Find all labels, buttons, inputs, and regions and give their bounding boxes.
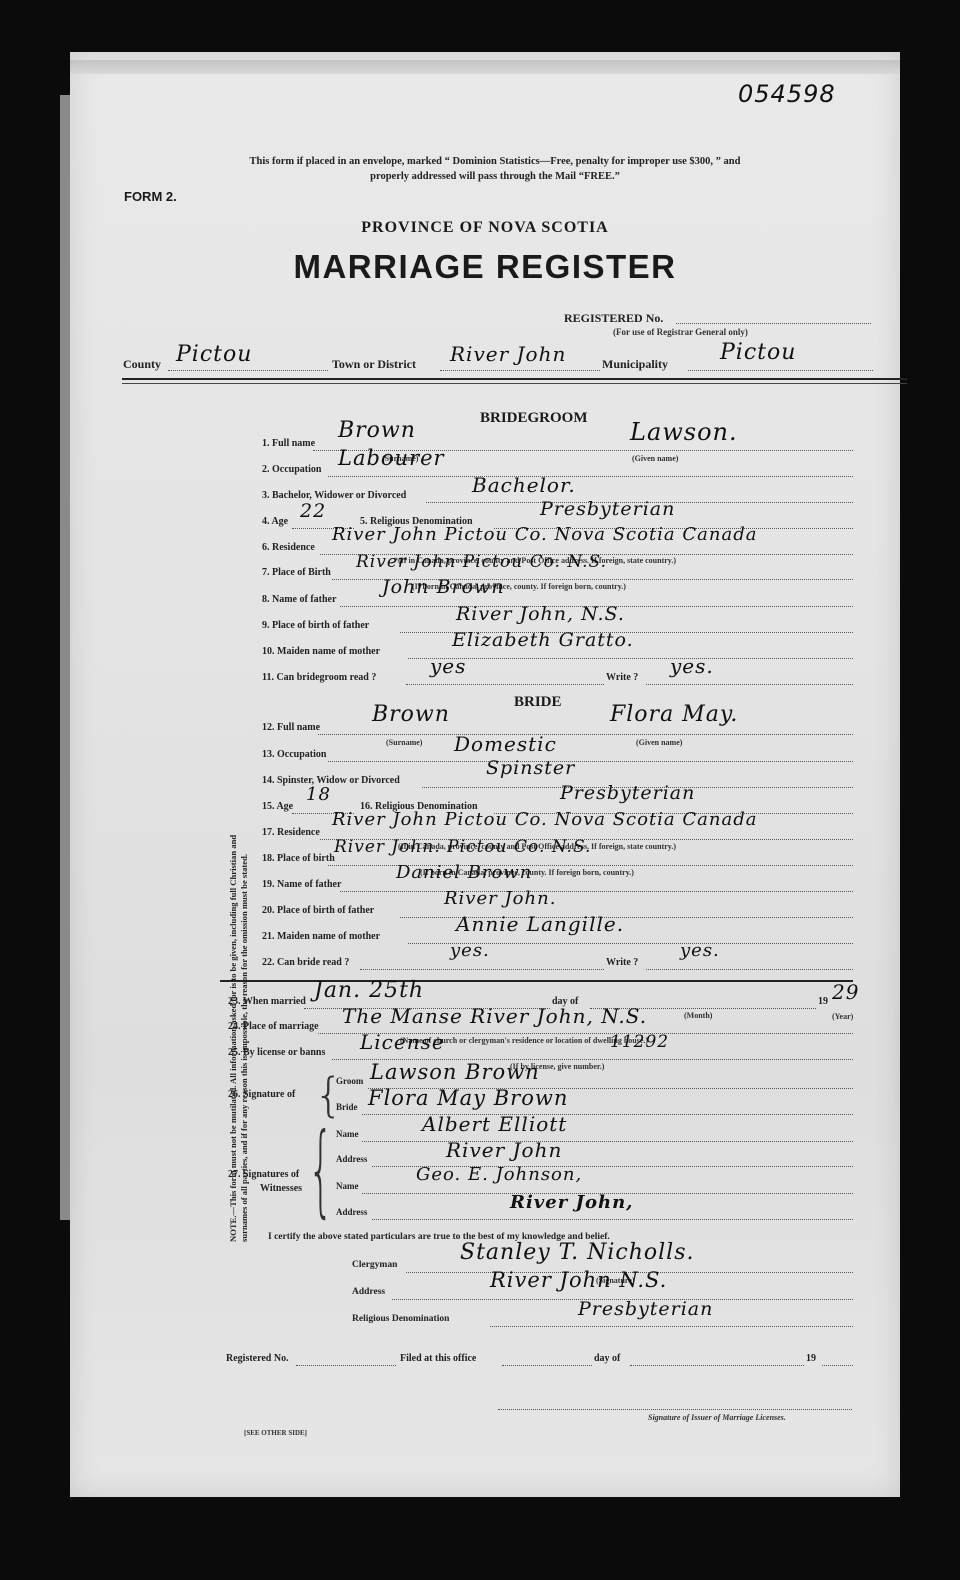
groom-mother-value[interactable]: Elizabeth Gratto. [452, 629, 634, 651]
clergyman-signature[interactable]: Stanley T. Nicholls. [460, 1240, 694, 1265]
year-hint: (Year) [832, 1012, 853, 1021]
clergy-address-value[interactable]: River John N.S. [490, 1268, 667, 1292]
witness2-name-label: Name [336, 1181, 359, 1191]
form-number: FORM 2. [124, 189, 177, 204]
stamp-number: 054598 [738, 80, 836, 108]
when-married-value[interactable]: Jan. 25th [314, 978, 424, 1003]
bride-father-line [340, 891, 853, 892]
groom-mother-label: 10. Maiden name of mother [262, 646, 380, 657]
place-of-marriage-value[interactable]: The Manse River John, N.S. [342, 1004, 647, 1028]
county-line [168, 370, 328, 371]
bride-fullname-label: 12. Full name [262, 722, 320, 733]
place-of-marriage-label: 24. Place of marriage [228, 1021, 319, 1032]
bride-fullname-line [318, 734, 853, 735]
groom-birthplace-label: 7. Place of Birth [262, 567, 331, 578]
filing-day-of-label: day of [594, 1353, 620, 1364]
license-number[interactable]: 11292 [610, 1032, 669, 1052]
groom-read-value[interactable]: yes [430, 654, 466, 678]
groom-signature-label: Groom [336, 1076, 363, 1086]
bride-write-label: Write ? [606, 957, 638, 968]
bride-father-value[interactable]: Daniel Brown [396, 862, 532, 883]
groom-father-birthplace-value[interactable]: River John, N.S. [456, 603, 625, 625]
groom-read-label: 11. Can bridegroom read ? [262, 672, 376, 683]
municipality-label: Municipality [602, 357, 668, 372]
groom-write-value[interactable]: yes. [670, 654, 714, 678]
witness1-address-label: Address [336, 1154, 367, 1164]
filing-year-prefix: 19 [806, 1353, 816, 1364]
witness2-address-line [372, 1219, 853, 1220]
groom-occupation-value[interactable]: Labourer [338, 446, 445, 470]
groom-age-value[interactable]: 22 [300, 500, 326, 522]
witness2-address-label: Address [336, 1207, 367, 1217]
bride-status-value[interactable]: Spinster [486, 757, 575, 779]
witness2-address-value[interactable]: River John, [510, 1192, 633, 1213]
bride-heading: BRIDE [514, 694, 562, 711]
bride-status-label: 14. Spinster, Widow or Divorced [262, 775, 400, 786]
groom-occupation-line [328, 476, 853, 477]
witness1-address-value[interactable]: River John [446, 1138, 562, 1162]
bride-father-birthplace-value[interactable]: River John. [444, 888, 556, 909]
month-hint: (Month) [684, 1011, 712, 1020]
groom-religion-value[interactable]: Presbyterian [540, 498, 675, 520]
county-value[interactable]: Pictou [176, 342, 252, 367]
groom-signature-value[interactable]: Lawson Brown [370, 1060, 540, 1084]
groom-occupation-label: 2. Occupation [262, 464, 321, 475]
bride-given-hint: (Given name) [636, 738, 682, 747]
filing-registered-no-line[interactable] [296, 1365, 396, 1366]
witness1-name-value[interactable]: Albert Elliott [422, 1112, 567, 1136]
filed-day-line[interactable] [502, 1365, 592, 1366]
side-note: NOTE.—This form must not be mutilated. A… [228, 632, 250, 1242]
bridegroom-heading: BRIDEGROOM [480, 410, 588, 427]
side-note-line1: NOTE.—This form must not be mutilated. A… [228, 632, 239, 1242]
bride-read-label: 22. Can bride read ? [262, 957, 349, 968]
issuer-caption: Signature of Issuer of Marriage Licenses… [648, 1413, 786, 1422]
filed-at-office-label: Filed at this office [400, 1353, 476, 1364]
municipality-line [688, 370, 873, 371]
witness2-name-value[interactable]: Geo. E. Johnson, [416, 1164, 582, 1185]
town-label: Town or District [332, 357, 416, 372]
bride-residence-label: 17. Residence [262, 827, 320, 838]
header-rule [122, 378, 907, 380]
bride-occupation-label: 13. Occupation [262, 749, 326, 760]
groom-fullname-label: 1. Full name [262, 438, 315, 449]
groom-father-birthplace-label: 9. Place of birth of father [262, 620, 369, 631]
bride-occupation-value[interactable]: Domestic [454, 732, 557, 756]
groom-residence-label: 6. Residence [262, 542, 315, 553]
witness1-name-line [362, 1141, 853, 1142]
witness1-name-label: Name [336, 1129, 359, 1139]
bride-given-value[interactable]: Flora May. [610, 702, 738, 727]
clergy-address-label: Address [352, 1287, 385, 1297]
town-value[interactable]: River John [450, 342, 566, 366]
page-title: MARRIAGE REGISTER [70, 248, 900, 286]
province-heading: PROVINCE OF NOVA SCOTIA [70, 219, 900, 237]
registered-no-field[interactable] [676, 323, 871, 324]
bride-occupation-line [328, 761, 853, 762]
filing-month-line[interactable] [630, 1365, 804, 1366]
postal-notice-line2: properly addressed will pass through the… [130, 171, 860, 182]
bride-birthplace-value[interactable]: River John. Pictou Co. N.S. [334, 837, 591, 857]
witnesses-label-line2: Witnesses [260, 1183, 302, 1194]
year-prefix: 19 [818, 996, 828, 1007]
bride-mother-label: 21. Maiden name of mother [262, 931, 380, 942]
bride-write-line [646, 969, 853, 970]
postal-notice-line1: This form if placed in an envelope, mark… [130, 156, 860, 167]
header-rule-thin [122, 383, 907, 384]
registered-no-hint: (For use of Registrar General only) [613, 327, 748, 337]
clergy-denomination-label: Religious Denomination [352, 1314, 449, 1324]
paper-fold-band [70, 60, 900, 74]
bride-father-birthplace-label: 20. Place of birth of father [262, 905, 374, 916]
groom-write-line [646, 684, 853, 685]
when-married-label: 23. When married [228, 996, 306, 1007]
bride-age-value[interactable]: 18 [306, 784, 331, 805]
town-line [440, 370, 600, 371]
county-label: County [123, 357, 161, 372]
bride-signature-value[interactable]: Flora May Brown [368, 1086, 568, 1110]
bride-mother-value[interactable]: Annie Langille. [456, 912, 624, 936]
groom-status-label: 3. Bachelor, Widower or Divorced [262, 490, 406, 501]
filing-registered-no-label: Registered No. [226, 1353, 289, 1364]
bride-surname-hint: (Surname) [386, 738, 422, 747]
marriage-register-form: 054598 This form if placed in an envelop… [70, 52, 900, 1497]
bride-signature-label: Bride [336, 1102, 358, 1112]
bride-age-label: 15. Age [262, 801, 293, 812]
groom-birthplace-value[interactable]: River John Pictou Co. N.S. [356, 552, 607, 572]
groom-given-value[interactable]: Lawson. [630, 418, 738, 446]
license-value[interactable]: License [360, 1030, 445, 1054]
issuer-signature-line[interactable] [498, 1409, 852, 1410]
year-value[interactable]: 29 [832, 980, 859, 1004]
municipality-value[interactable]: Pictou [720, 340, 796, 365]
bride-write-value[interactable]: yes. [680, 940, 720, 961]
groom-status-value[interactable]: Bachelor. [472, 473, 576, 497]
bride-read-line [360, 969, 604, 970]
groom-given-hint: (Given name) [632, 454, 678, 463]
groom-father-value[interactable]: John Brown [382, 576, 505, 598]
signature-of-label: 26. Signature of [228, 1089, 295, 1100]
groom-father-label: 8. Name of father [262, 594, 336, 605]
clergy-denomination-line [490, 1326, 853, 1327]
groom-mother-line [408, 658, 853, 659]
see-other-side: [SEE OTHER SIDE] [244, 1429, 307, 1437]
bride-read-value[interactable]: yes. [450, 940, 490, 961]
bride-surname-value[interactable]: Brown [372, 702, 450, 727]
bride-father-label: 19. Name of father [262, 879, 341, 890]
groom-write-label: Write ? [606, 672, 638, 683]
groom-age-label: 4. Age [262, 516, 288, 527]
witness-brace-icon: { [308, 1120, 333, 1220]
bride-birthplace-label: 18. Place of birth [262, 853, 335, 864]
bride-residence-value[interactable]: River John Pictou Co. Nova Scotia Canada [332, 809, 757, 830]
filing-year-line[interactable] [822, 1365, 853, 1366]
clergy-denomination-value[interactable]: Presbyterian [578, 1298, 713, 1320]
clergyman-label: Clergyman [352, 1260, 397, 1270]
registered-no-label: REGISTERED No. [564, 311, 663, 326]
groom-residence-value[interactable]: River John Pictou Co. Nova Scotia Canada [332, 524, 757, 545]
witnesses-label-line1: 27. Signatures of [228, 1169, 299, 1180]
license-or-banns-label: 25. By license or banns [228, 1047, 325, 1058]
groom-read-line [406, 684, 604, 685]
bride-religion-value[interactable]: Presbyterian [560, 782, 695, 804]
side-note-line2: surnames of all parties, and if for any … [239, 632, 250, 1242]
groom-surname-value[interactable]: Brown [338, 418, 416, 443]
